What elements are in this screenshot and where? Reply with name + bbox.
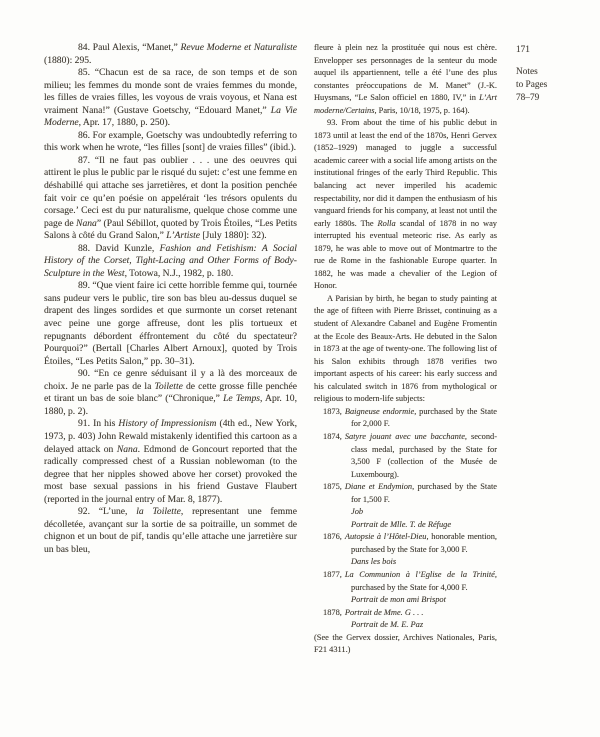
salon-year: 1873,	[323, 407, 342, 416]
footnote-89: 89. “Que vient faire ici cette horrible …	[44, 280, 297, 368]
running-head-line: Notes	[516, 66, 586, 79]
salon-entry-1874: 1874,Satyre jouant avec une bacchante, s…	[351, 431, 497, 481]
salon-entry-1877: 1877,La Communion à l’Eglise de la Trini…	[351, 569, 497, 594]
salon-year: 1876,	[323, 532, 342, 541]
footnote-90: 90. “En ce genre séduisant il y a là des…	[44, 368, 297, 418]
salon-year: 1877,	[323, 570, 342, 579]
footnote-88: 88. David Kunzle, Fashion and Fetishism:…	[44, 243, 297, 281]
footnote-92-continuation: fleure à plein nez la prostituée qui nou…	[314, 42, 497, 117]
salon-entry-text: Job	[351, 507, 363, 516]
footnote-93-paragraph-2: A Parisian by birth, he began to study p…	[314, 293, 497, 406]
running-head-line: 78–79	[516, 92, 586, 105]
gervex-dossier-note: (See the Gervex dossier, Archives Nation…	[314, 632, 497, 657]
salon-entry-1875: 1875,Diane et Endymion, purchased by the…	[351, 481, 497, 506]
footnote-92: 92. “L’une, la Toilette, representant un…	[44, 506, 297, 556]
footnote-85: 85. “Chacun est de sa race, de son temps…	[44, 67, 297, 130]
footnote-91: 91. In his History of Impressionism (4th…	[44, 418, 297, 506]
salon-entry-text: Portrait de mon ami Brispot	[351, 595, 446, 604]
salon-entry-text: Diane et Endymion, purchased by the Stat…	[345, 482, 497, 504]
salon-entry-text: Dans les bois	[351, 557, 396, 566]
salon-entry-1878: 1878,Portrait de Mme. G . . .	[351, 607, 497, 620]
salon-entry-text: Portrait de M. E. Paz	[351, 620, 423, 629]
running-head-line: to Pages	[516, 79, 586, 92]
right-column: fleure à plein nez la prostituée qui nou…	[314, 42, 497, 657]
salon-year: 1875,	[323, 482, 342, 491]
footnote-86: 86. For example, Goetschy was undoubtedl…	[44, 130, 297, 155]
book-page: 84. Paul Alexis, “Manet,” Revue Moderne …	[0, 0, 600, 737]
footnote-84: 84. Paul Alexis, “Manet,” Revue Moderne …	[44, 42, 297, 67]
page-number: 171	[516, 44, 586, 57]
salon-entry-text: Portrait de Mlle. T. de Réfuge	[351, 520, 451, 529]
salon-entry-brispot: Portrait de mon ami Brispot	[351, 594, 497, 607]
salon-exhibits-list: 1873,Baigneuse endormie, purchased by th…	[314, 406, 497, 632]
salon-entry-text: Baigneuse endormie, purchased by the Sta…	[345, 407, 497, 429]
salon-entry-1873: 1873,Baigneuse endormie, purchased by th…	[351, 406, 497, 431]
salon-entry-paz: Portrait de M. E. Paz	[351, 619, 497, 632]
left-column: 84. Paul Alexis, “Manet,” Revue Moderne …	[44, 42, 297, 556]
salon-year: 1874,	[323, 432, 342, 441]
salon-entry-text: Satyre jouant avec une bacchante, second…	[345, 432, 497, 479]
footnote-87: 87. “Il ne faut pas oublier . . . une de…	[44, 155, 297, 243]
running-head: 171 Notes to Pages 78–79	[516, 44, 586, 105]
salon-year: 1878,	[323, 608, 342, 617]
salon-entry-text: La Communion à l’Eglise de la Trinité, p…	[345, 570, 497, 592]
salon-entry-1876: 1876,Autopsie à l’Hôtel-Dieu, honorable …	[351, 531, 497, 556]
footnote-93: 93. From about the time of his public de…	[314, 117, 497, 293]
salon-entry-portrait-refuge: Portrait de Mlle. T. de Réfuge	[351, 519, 497, 532]
salon-entry-text: Autopsie à l’Hôtel-Dieu, honorable menti…	[345, 532, 497, 554]
salon-entry-dans-les-bois: Dans les bois	[351, 556, 497, 569]
salon-entry-text: Portrait de Mme. G . . .	[345, 608, 424, 617]
salon-entry-job: Job	[351, 506, 497, 519]
